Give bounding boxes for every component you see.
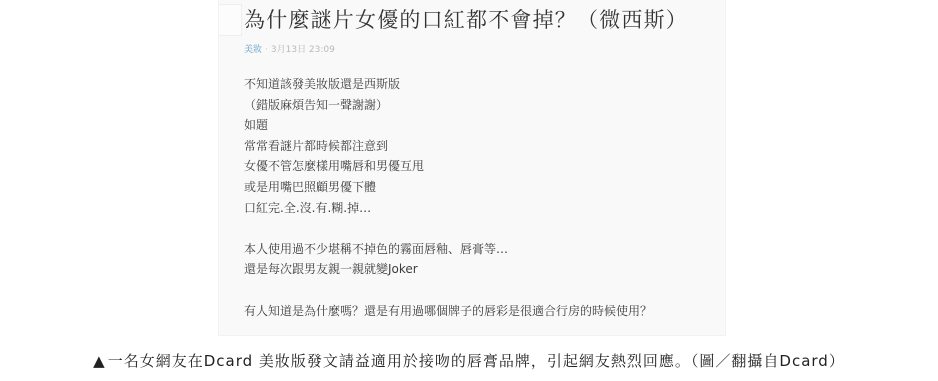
post-body-line: 或是用嘴巴照顧男優下體 [244,177,652,198]
post-body: 不知道該發美妝版還是西斯版 （錯版麻煩告知一聲謝謝） 如題 常常看謎片都時候都注… [244,74,652,321]
post-body-line: 如題 [244,115,652,136]
post-body-line: 不知道該發美妝版還是西斯版 [244,74,652,95]
dcard-post-screenshot: 為什麼謎片女優的口紅都不會掉？（微西斯） 美妝·3月13日 23:09 不知道該… [219,0,725,335]
post-body-line: 口紅完.全.沒.有.糊.掉… [244,198,652,219]
post-datetime: 3月13日 23:09 [271,45,335,55]
post-body-blank-line [244,218,652,239]
post-title: 為什麼謎片女優的口紅都不會掉？（微西斯） [244,6,688,34]
post-body-line: （錯版麻煩告知一聲謝謝） [244,95,652,116]
image-caption: ▲一名女網友在Dcard 美妝版發文請益適用於接吻的唇膏品牌，引起網友熱烈回應。… [0,349,938,373]
post-body-line: 還是每次跟男友親一親就變Joker [244,259,652,280]
post-body-line: 女優不管怎麼樣用嘴唇和男優互甩 [244,156,652,177]
post-category-link[interactable]: 美妝 [244,45,262,55]
post-corner-decoration [219,4,242,36]
post-body-blank-line [244,280,652,301]
post-body-line: 常常看謎片都時候都注意到 [244,136,652,157]
caption-text: 一名女網友在Dcard 美妝版發文請益適用於接吻的唇膏品牌，引起網友熱烈回應。（… [108,352,845,370]
post-meta: 美妝·3月13日 23:09 [244,44,335,56]
post-body-line: 本人使用過不少堪稱不掉色的霧面唇釉、唇膏等… [244,239,652,260]
triangle-up-icon: ▲ [93,349,106,373]
post-body-line: 有人知道是為什麼嗎？還是有用過哪個牌子的唇彩是很適合行房的時候使用？ [244,301,652,322]
meta-separator: · [265,45,268,55]
